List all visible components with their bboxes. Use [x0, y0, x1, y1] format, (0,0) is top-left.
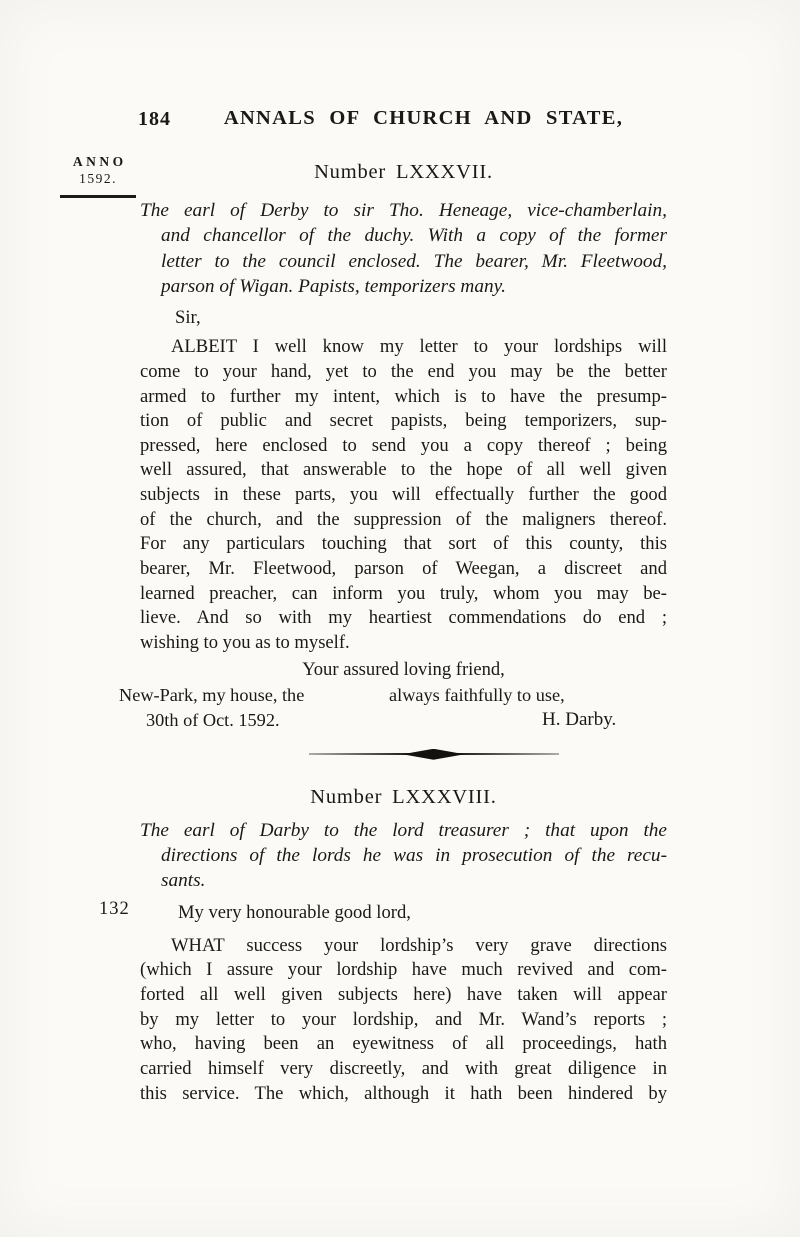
- signature-place: New-Park, my house, the: [119, 683, 304, 707]
- text-line: and chancellor of the duchy. With a copy…: [140, 223, 667, 248]
- margin-year-note: ANNO 1592.: [58, 154, 138, 198]
- text-line: directions of the lords he was in prosec…: [140, 843, 667, 868]
- letter2-salutation: My very honourable good lord,: [140, 900, 667, 925]
- text-line: well assured, that answerable to the hop…: [140, 458, 667, 483]
- text-line: For any particulars touching that sort o…: [140, 532, 667, 557]
- text-line: parson of Wigan. Papists, temporizers ma…: [140, 274, 667, 299]
- letter1-summary: The earl of Derby to sir Tho. Heneage, v…: [140, 198, 667, 299]
- letter1-salutation: Sir,: [140, 305, 667, 330]
- signature-row-1: New-Park, my house, the always faithfull…: [140, 683, 667, 707]
- letter1-body: ALBEIT I well know my letter to your lor…: [140, 335, 667, 656]
- signature-date: 30th of Oct. 1592.: [146, 708, 280, 732]
- margin-rule: [60, 195, 136, 198]
- text-line: subjects in these parts, you will effect…: [140, 483, 667, 508]
- text-line: this service. The which, although it hat…: [140, 1082, 667, 1107]
- text-line: come to your hand, yet to the end you ma…: [140, 360, 667, 385]
- text-line: carried himself very discreetly, and wit…: [140, 1057, 667, 1082]
- signature-row-2: 30th of Oct. 1592. H. Darby.: [140, 708, 667, 732]
- section-divider: [309, 748, 559, 761]
- text-line: lieve. And so with my heartiest commenda…: [140, 606, 667, 631]
- text-line: who, having been an eyewitness of all pr…: [140, 1032, 667, 1057]
- divider-line-left: [309, 753, 411, 755]
- text-line: sants.: [140, 868, 667, 893]
- text-line: letter to the council enclosed. The bear…: [140, 249, 667, 274]
- text-line: pressed, here enclosed to send you a cop…: [140, 434, 667, 459]
- text-line: The earl of Derby to sir Tho. Heneage, v…: [140, 198, 667, 223]
- signature-faithfully: always faithfully to use,: [389, 683, 565, 707]
- text-line: ALBEIT I well know my letter to your lor…: [140, 335, 667, 360]
- text-line: bearer, Mr. Fleetwood, parson of Weegan,…: [140, 557, 667, 582]
- text-line: armed to further my intent, which is to …: [140, 385, 667, 410]
- text-line: forted all well given subjects here) hav…: [140, 983, 667, 1008]
- text-line: WHAT success your lordship’s very grave …: [140, 934, 667, 959]
- text-line: of the church, and the suppression of th…: [140, 508, 667, 533]
- anno-label: ANNO: [58, 154, 138, 170]
- text-line: tion of public and secret papists, being…: [140, 409, 667, 434]
- text-line: learned preacher, can inform you truly, …: [140, 582, 667, 607]
- divider-line-right: [457, 753, 559, 755]
- text-line: (which I assure your lordship have much …: [140, 958, 667, 983]
- anno-year: 1592.: [58, 171, 138, 187]
- text-column: Number LXXXVII. The earl of Derby to sir…: [140, 0, 667, 1106]
- text-line: The earl of Darby to the lord treasurer …: [140, 818, 667, 843]
- diamond-ornament-icon: [403, 749, 465, 760]
- text-line: by my letter to your lordship, and Mr. W…: [140, 1008, 667, 1033]
- margin-folio-number: 132: [99, 899, 130, 920]
- signature-name: H. Darby.: [542, 708, 616, 732]
- letter2-body: WHAT success your lordship’s very grave …: [140, 934, 667, 1107]
- text-line: wishing to you as to myself.: [140, 631, 667, 656]
- letter1-heading: Number LXXXVII.: [140, 160, 667, 185]
- letter2-heading: Number LXXXVIII.: [140, 785, 667, 810]
- letter1-closing: Your assured loving friend,: [140, 657, 667, 682]
- letter2-summary: The earl of Darby to the lord treasurer …: [140, 818, 667, 894]
- book-page: 184 ANNALS OF CHURCH AND STATE, ANNO 159…: [0, 0, 800, 1237]
